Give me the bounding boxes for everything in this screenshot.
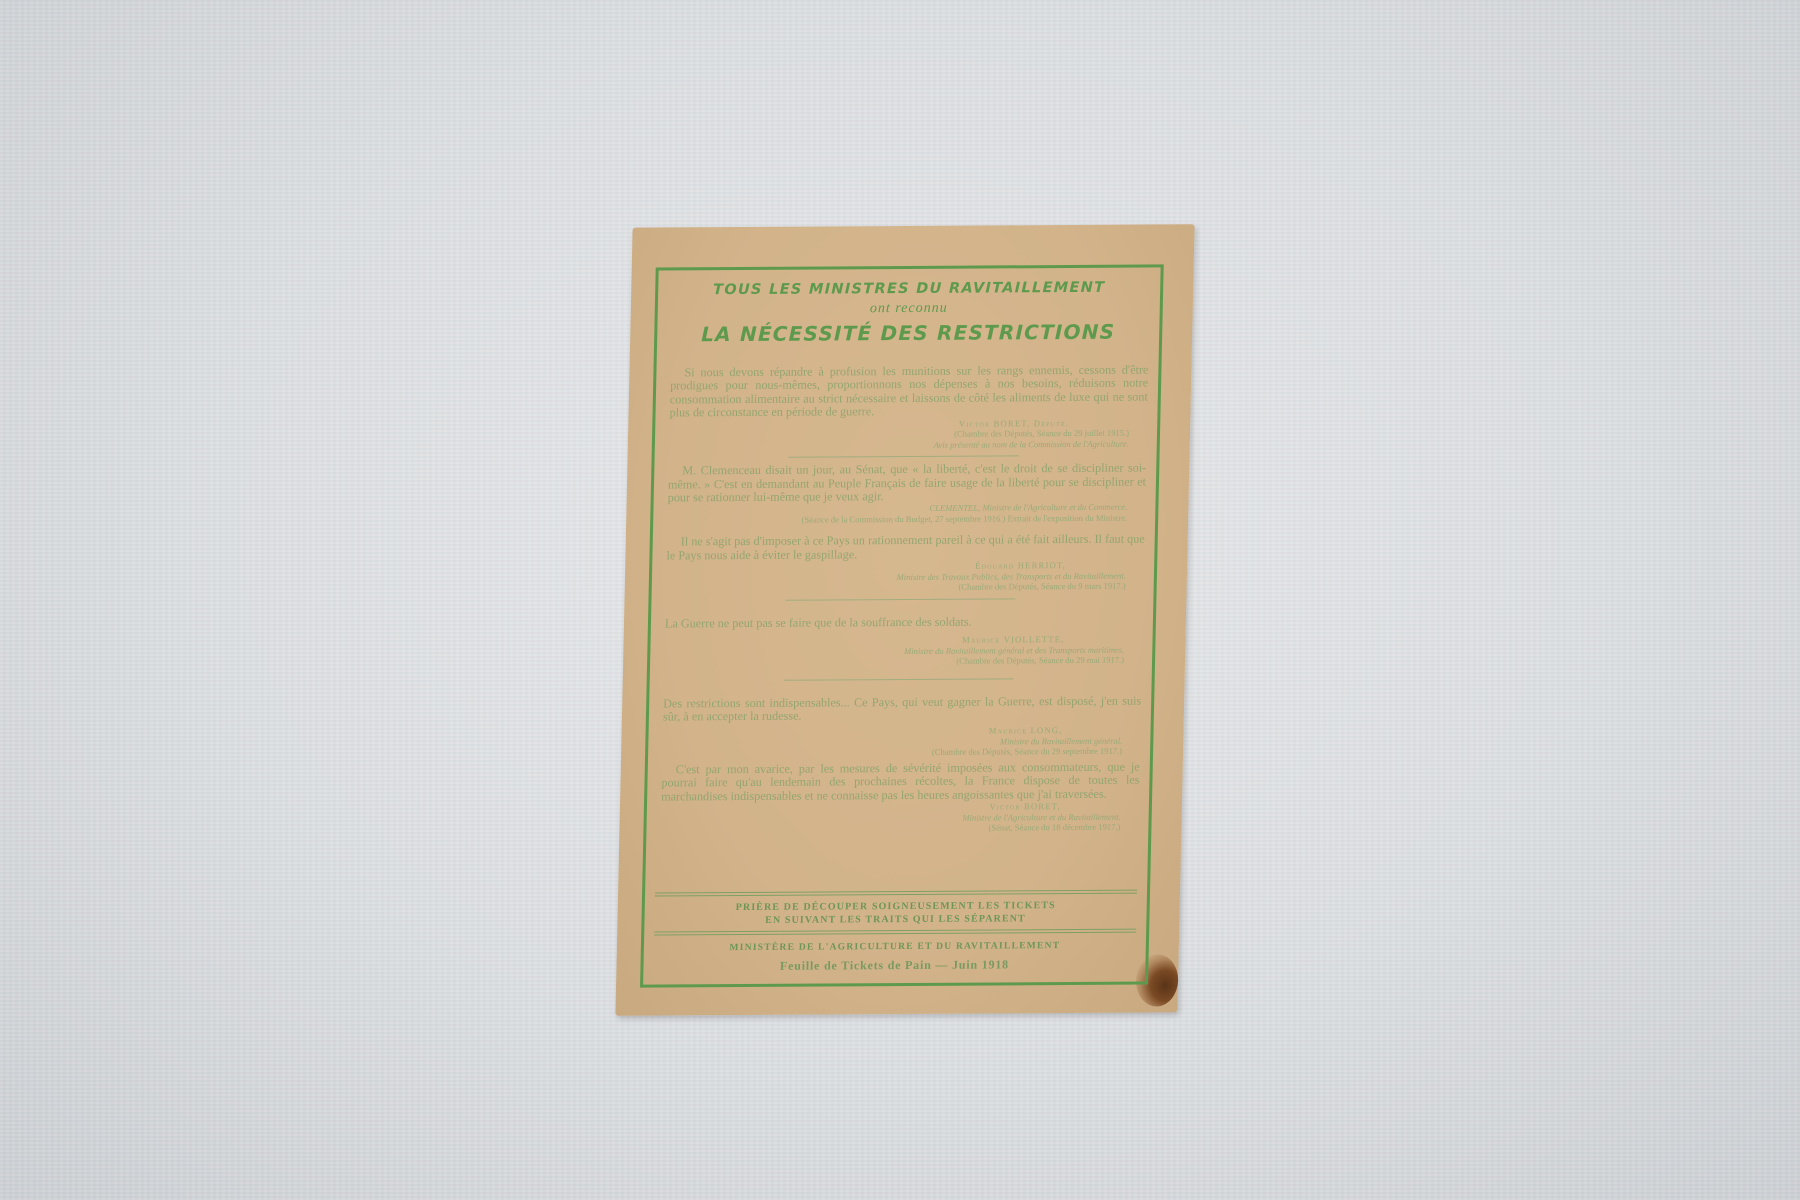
separator-line <box>784 678 1014 680</box>
separator-line <box>789 455 1019 457</box>
quote-attribution: CLEMENTEL, Ministre de l'Agriculture et … <box>667 502 1145 526</box>
quote-source: (Chambre des Députés, Séance du 9 mars 1… <box>666 581 1126 594</box>
quote-text: Il ne s'agit pas d'imposer à ce Pays un … <box>666 533 1145 563</box>
quote-long-1917: Des restrictions sont indispensables... … <box>662 694 1141 759</box>
footer-block: PRIÈRE DE DÉCOUPER SOIGNEUSEMENT LES TIC… <box>643 890 1147 985</box>
separator-line <box>785 598 1015 600</box>
heading-necessity: LA NÉCESSITÉ DES RESTRICTIONS <box>657 319 1160 346</box>
quote-text: Des restrictions sont indispensables... … <box>663 694 1142 724</box>
quote-boret-1917: C'est par mon avarice, par les mesures d… <box>660 760 1140 835</box>
quote-herriot-1917: Il ne s'agit pas d'imposer à ce Pays un … <box>666 533 1145 594</box>
quote-attribution: Victor BORET, Député. (Chambre des Déput… <box>669 417 1148 451</box>
quote-text: C'est par mon avarice, par les mesures d… <box>661 760 1140 803</box>
quote-boret-1915: Si nous devons répandre à profusion les … <box>669 364 1149 452</box>
sheet-title: Feuille de Tickets de Pain — Juin 1918 <box>643 957 1146 985</box>
quote-note: Avis présenté au nom de la Commission de… <box>669 438 1129 451</box>
ministry-name: MINISTÈRE DE L'AGRICULTURE ET DU RAVITAI… <box>644 933 1147 960</box>
quote-attribution: Victor BORET, Ministre de l'Agriculture … <box>660 801 1139 835</box>
quotes-list: Si nous devons répandre à profusion les … <box>660 364 1148 836</box>
quote-text: Si nous devons répandre à profusion les … <box>669 364 1148 421</box>
quote-viollette-1917: La Guerre ne peut pas se faire que de la… <box>664 614 1143 668</box>
quote-attribution: Édouard HERRIOT, Ministre des Travaux Pu… <box>666 560 1145 594</box>
quote-source: (Chambre des Députés, Séance du 29 mai 1… <box>664 655 1124 668</box>
quote-text: La Guerre ne peut pas se faire que de la… <box>665 614 1143 630</box>
quote-attribution: Maurice LONG, Ministre du Ravitaillement… <box>662 725 1141 759</box>
green-border-frame: TOUS LES MINISTRES DU RAVITAILLEMENT ont… <box>640 264 1164 987</box>
quote-attribution: Maurice VIOLLETTE, Ministre du Ravitaill… <box>664 634 1143 668</box>
quote-text: M. Clemenceau disait un jour, au Sénat, … <box>668 462 1147 505</box>
cutting-instructions: PRIÈRE DE DÉCOUPER SOIGNEUSEMENT LES TIC… <box>644 894 1147 932</box>
heading-ministers: TOUS LES MINISTRES DU RAVITAILLEMENT <box>658 279 1160 298</box>
quote-clementel-1916: M. Clemenceau disait un jour, au Sénat, … <box>667 462 1146 526</box>
notice-line-2: EN SUIVANT LES TRAITS QUI LES SÉPARENT <box>644 912 1146 928</box>
ration-ticket-sheet: TOUS LES MINISTRES DU RAVITAILLEMENT ont… <box>615 224 1194 1016</box>
quote-source: (Sénat, Séance du 18 décembre 1917.) <box>660 822 1120 835</box>
heading-recognized: ont reconnu <box>658 299 1160 318</box>
